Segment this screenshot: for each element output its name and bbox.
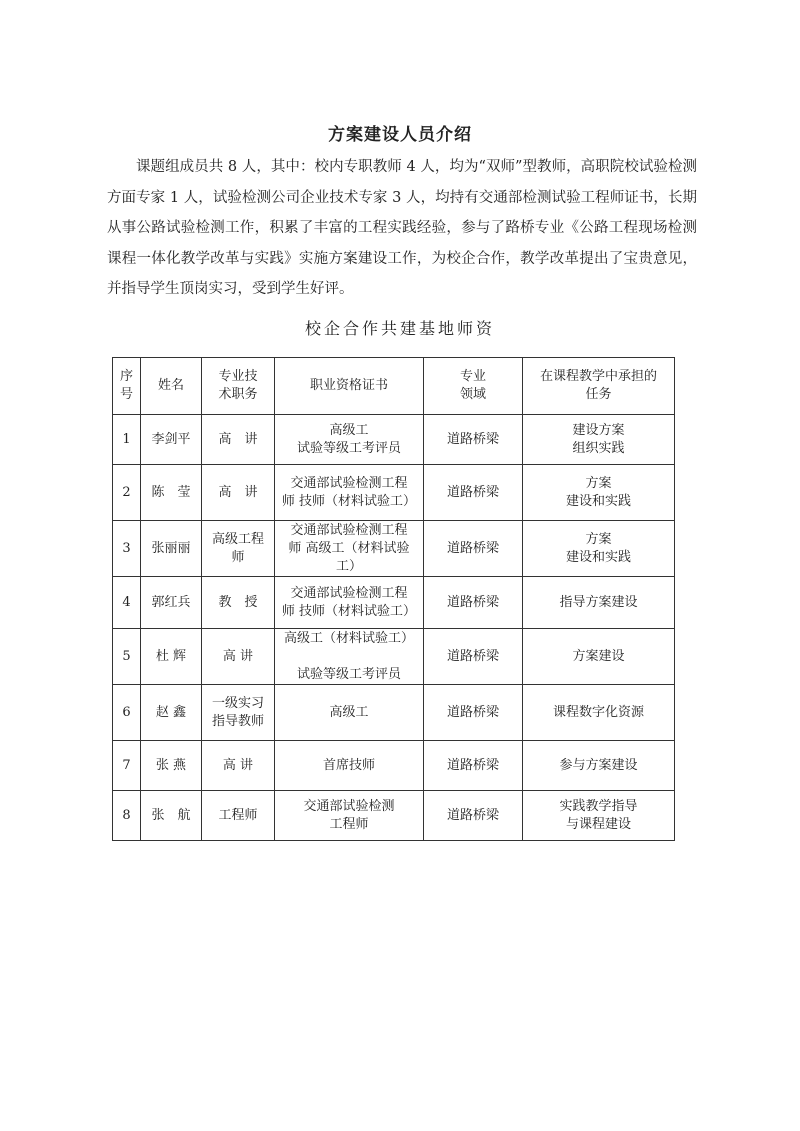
cell-task: 建设方案 组织实践 — [523, 415, 675, 465]
header-title: 专业技 术职务 — [202, 358, 275, 415]
table-header-row: 序 号 姓名 专业技 术职务 职业资格证书 专业 领域 在课程教学中承担的 任务 — [113, 358, 675, 415]
cell-name: 张丽丽 — [141, 521, 202, 577]
cell-name: 张 航 — [141, 791, 202, 841]
cell-index: 8 — [113, 791, 141, 841]
cell-index: 4 — [113, 577, 141, 629]
cell-task: 方案 建设和实践 — [523, 465, 675, 521]
cell-certificate: 交通部试验检测工程 师 技师（材料试验工） — [275, 465, 424, 521]
cell-title: 高级工程 师 — [202, 521, 275, 577]
table-row: 3张丽丽高级工程 师交通部试验检测工程 师 高级工（材料试验 工）道路桥梁方案 … — [113, 521, 675, 577]
table-caption: 校企合作共建基地师资 — [0, 316, 800, 339]
cell-index: 5 — [113, 629, 141, 685]
cell-certificate: 首席技师 — [275, 741, 424, 791]
cell-title: 工程师 — [202, 791, 275, 841]
cell-name: 赵 鑫 — [141, 685, 202, 741]
cell-title: 高 讲 — [202, 415, 275, 465]
cell-certificate: 交通部试验检测 工程师 — [275, 791, 424, 841]
table-row: 5杜 辉高 讲高级工（材料试验工） 试验等级工考评员道路桥梁方案建设 — [113, 629, 675, 685]
table-row: 7张 燕高 讲首席技师道路桥梁参与方案建设 — [113, 741, 675, 791]
cell-certificate: 交通部试验检测工程 师 高级工（材料试验 工） — [275, 521, 424, 577]
cell-name: 郭红兵 — [141, 577, 202, 629]
cell-index: 3 — [113, 521, 141, 577]
cell-field: 道路桥梁 — [424, 791, 523, 841]
staff-table: 序 号 姓名 专业技 术职务 职业资格证书 专业 领域 在课程教学中承担的 任务… — [112, 357, 675, 841]
table-row: 8张 航工程师交通部试验检测 工程师道路桥梁实践教学指导 与课程建设 — [113, 791, 675, 841]
table-row: 6赵 鑫一级实习 指导教师高级工道路桥梁课程数字化资源 — [113, 685, 675, 741]
cell-certificate: 高级工 — [275, 685, 424, 741]
cell-name: 杜 辉 — [141, 629, 202, 685]
cell-certificate: 高级工 试验等级工考评员 — [275, 415, 424, 465]
header-field: 专业 领域 — [424, 358, 523, 415]
cell-title: 高 讲 — [202, 465, 275, 521]
header-certificate: 职业资格证书 — [275, 358, 424, 415]
cell-index: 7 — [113, 741, 141, 791]
cell-index: 2 — [113, 465, 141, 521]
cell-field: 道路桥梁 — [424, 741, 523, 791]
cell-task: 指导方案建设 — [523, 577, 675, 629]
cell-task: 方案 建设和实践 — [523, 521, 675, 577]
table-row: 1李剑平高 讲高级工 试验等级工考评员道路桥梁建设方案 组织实践 — [113, 415, 675, 465]
cell-field: 道路桥梁 — [424, 521, 523, 577]
cell-name: 张 燕 — [141, 741, 202, 791]
cell-certificate: 交通部试验检测工程 师 技师（材料试验工） — [275, 577, 424, 629]
header-task: 在课程教学中承担的 任务 — [523, 358, 675, 415]
cell-field: 道路桥梁 — [424, 415, 523, 465]
cell-field: 道路桥梁 — [424, 685, 523, 741]
header-index: 序 号 — [113, 358, 141, 415]
cell-task: 实践教学指导 与课程建设 — [523, 791, 675, 841]
cell-index: 6 — [113, 685, 141, 741]
cell-title: 高 讲 — [202, 629, 275, 685]
cell-title: 一级实习 指导教师 — [202, 685, 275, 741]
cell-title: 教 授 — [202, 577, 275, 629]
cell-title: 高 讲 — [202, 741, 275, 791]
table-row: 2陈 莹高 讲交通部试验检测工程 师 技师（材料试验工）道路桥梁方案 建设和实践 — [113, 465, 675, 521]
cell-task: 参与方案建设 — [523, 741, 675, 791]
header-name: 姓名 — [141, 358, 202, 415]
cell-field: 道路桥梁 — [424, 629, 523, 685]
cell-task: 课程数字化资源 — [523, 685, 675, 741]
cell-field: 道路桥梁 — [424, 577, 523, 629]
table-row: 4郭红兵教 授交通部试验检测工程 师 技师（材料试验工）道路桥梁指导方案建设 — [113, 577, 675, 629]
cell-certificate: 高级工（材料试验工） 试验等级工考评员 — [275, 629, 424, 685]
document-title: 方案建设人员介绍 — [0, 120, 800, 145]
cell-name: 李剑平 — [141, 415, 202, 465]
intro-paragraph: 课题组成员共 8 人，其中：校内专职教师 4 人，均为“双师”型教师，高职院校试… — [107, 152, 697, 305]
intro-text: 课题组成员共 8 人，其中：校内专职教师 4 人，均为“双师”型教师，高职院校试… — [107, 152, 697, 305]
cell-name: 陈 莹 — [141, 465, 202, 521]
cell-task: 方案建设 — [523, 629, 675, 685]
cell-field: 道路桥梁 — [424, 465, 523, 521]
cell-index: 1 — [113, 415, 141, 465]
